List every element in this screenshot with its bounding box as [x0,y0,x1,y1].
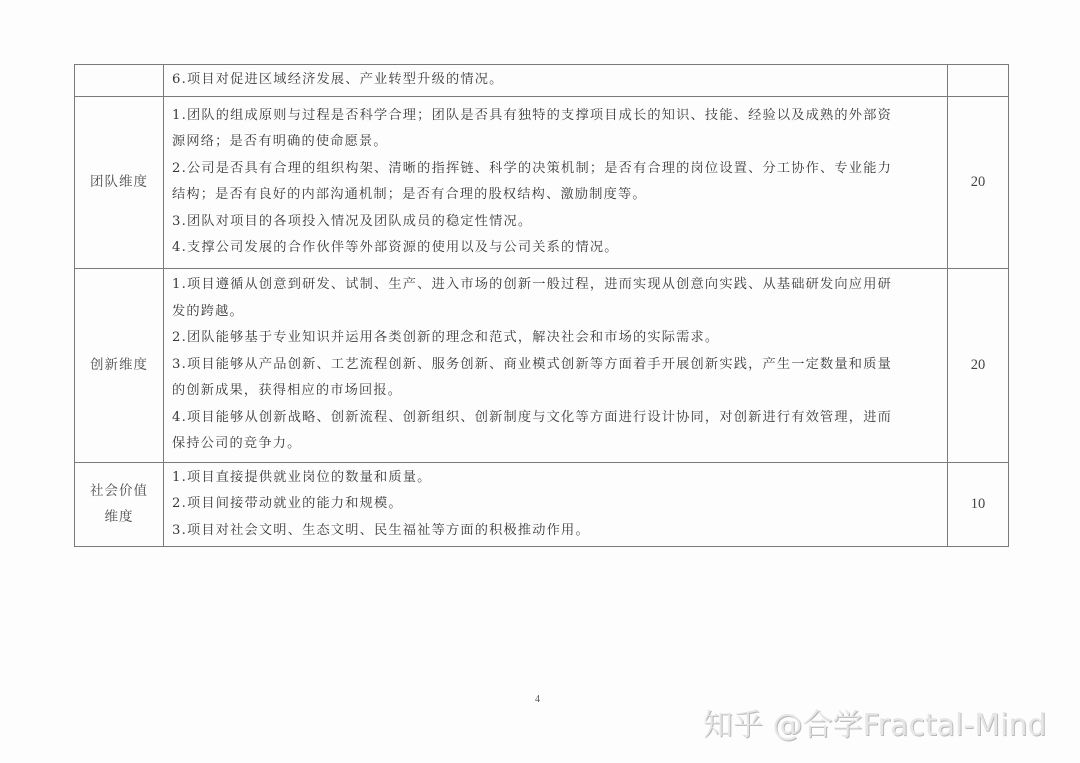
table-row: 6.项目对促进区域经济发展、产业转型升级的情况。 [75,65,1009,97]
description-cell: 1.项目遵循从创意到研发、试制、生产、进入市场的创新一般过程，进而实现从创意向实… [164,268,948,462]
table-row: 创新维度 1.项目遵循从创意到研发、试制、生产、进入市场的创新一般过程，进而实现… [75,268,1009,462]
criterion-line: 保持公司的竞争力。 [172,431,939,458]
dimension-cell: 创新维度 [75,268,164,462]
criterion-line: 3.项目对社会文明、生态文明、民生福祉等方面的积极推动作用。 [172,518,939,545]
criterion-line: 2.公司是否具有合理的组织构架、清晰的指挥链、科学的决策机制；是否有合理的岗位设… [172,156,939,183]
score-cell: 20 [948,96,1009,268]
score-cell [948,65,1009,97]
score-cell: 20 [948,268,1009,462]
watermark: 知乎 @合学Fractal-Mind [703,700,1046,744]
dimension-cell: 社会价值 维度 [75,462,164,547]
criterion-line: 发的跨越。 [172,299,939,326]
dimension-cell [75,65,164,97]
criterion-line: 1.团队的组成原则与过程是否科学合理；团队是否具有独特的支撑项目成长的知识、技能… [172,103,939,130]
criterion-line: 1.项目直接提供就业岗位的数量和质量。 [172,465,939,492]
document-page: 6.项目对促进区域经济发展、产业转型升级的情况。 团队维度 1.团队的组成原则与… [0,0,1080,763]
criterion-line: 6.项目对促进区域经济发展、产业转型升级的情况。 [172,67,939,94]
criterion-line: 3.团队对项目的各项投入情况及团队成员的稳定性情况。 [172,209,939,236]
description-cell: 1.团队的组成原则与过程是否科学合理；团队是否具有独特的支撑项目成长的知识、技能… [164,96,948,268]
description-cell: 6.项目对促进区域经济发展、产业转型升级的情况。 [164,65,948,97]
table-row: 团队维度 1.团队的组成原则与过程是否科学合理；团队是否具有独特的支撑项目成长的… [75,96,1009,268]
criterion-line: 4.项目能够从创新战略、创新流程、创新组织、创新制度与文化等方面进行设计协同，对… [172,405,939,432]
dimension-cell: 团队维度 [75,96,164,268]
evaluation-criteria-table: 6.项目对促进区域经济发展、产业转型升级的情况。 团队维度 1.团队的组成原则与… [74,64,1009,547]
criterion-line: 1.项目遵循从创意到研发、试制、生产、进入市场的创新一般过程，进而实现从创意向实… [172,272,939,299]
table-row: 社会价值 维度 1.项目直接提供就业岗位的数量和质量。 2.项目间接带动就业的能… [75,462,1009,547]
criterion-line: 3.项目能够从产品创新、工艺流程创新、服务创新、商业模式创新等方面着手开展创新实… [172,352,939,379]
page-number: 4 [535,694,540,705]
dimension-label-line: 社会价值 [75,478,163,504]
score-cell: 10 [948,462,1009,547]
criterion-line: 2.项目间接带动就业的能力和规模。 [172,491,939,518]
criterion-line: 的创新成果，获得相应的市场回报。 [172,378,939,405]
criterion-line: 2.团队能够基于专业知识并运用各类创新的理念和范式，解决社会和市场的实际需求。 [172,325,939,352]
dimension-label-line: 维度 [75,504,163,530]
criterion-line: 结构；是否有良好的内部沟通机制；是否有合理的股权结构、激励制度等。 [172,182,939,209]
description-cell: 1.项目直接提供就业岗位的数量和质量。 2.项目间接带动就业的能力和规模。 3.… [164,462,948,547]
criterion-line: 4.支撑公司发展的合作伙伴等外部资源的使用以及与公司关系的情况。 [172,235,939,262]
criterion-line: 源网络；是否有明确的使命愿景。 [172,129,939,156]
